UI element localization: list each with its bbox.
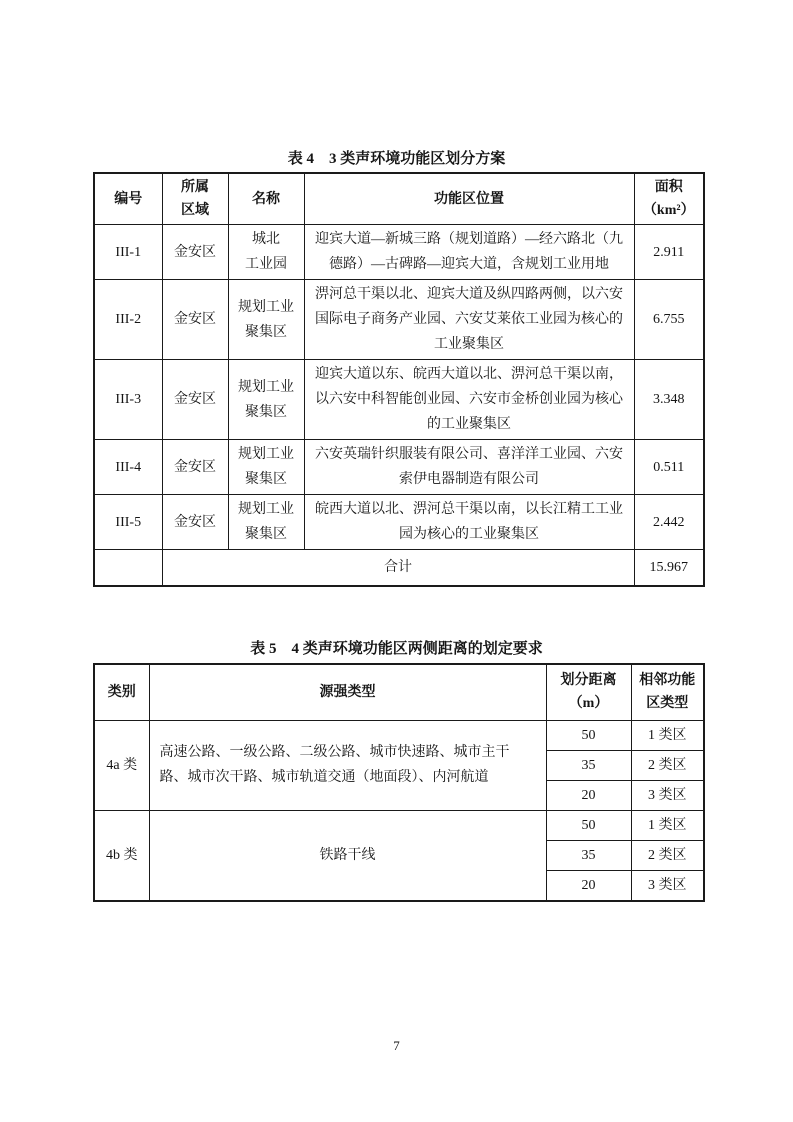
cell-region: 金安区 bbox=[162, 280, 228, 360]
cell-region: 金安区 bbox=[162, 440, 228, 495]
cell-zone-id: III-3 bbox=[94, 360, 162, 440]
cell-region: 金安区 bbox=[162, 225, 228, 280]
cell-zone-type: 2 类区 bbox=[631, 750, 704, 780]
cell-area: 2.442 bbox=[634, 495, 704, 550]
table4-title: 表 4 3 类声环境功能区划分方案 bbox=[0, 147, 793, 168]
table-row: 4a 类 高速公路、一级公路、二级公路、城市快速路、城市主干路、城市次干路、城市… bbox=[94, 720, 704, 750]
table4-header-row: 编号 所属 区域 名称 功能区位置 面积 （km²） bbox=[94, 173, 704, 225]
table5-title: 表 5 4 类声环境功能区两侧距离的划定要求 bbox=[0, 637, 793, 658]
table5-distance-requirements: 类别 源强类型 划分距离 （m） 相邻功能 区类型 4a 类 高速公路、一级公路… bbox=[93, 663, 705, 902]
cell-region: 金安区 bbox=[162, 495, 228, 550]
table4-header-name: 名称 bbox=[228, 173, 304, 225]
cell-zone-type: 3 类区 bbox=[631, 780, 704, 810]
cell-source-4a: 高速公路、一级公路、二级公路、城市快速路、城市主干路、城市次干路、城市轨道交通（… bbox=[149, 720, 546, 810]
cell-total-label: 合计 bbox=[162, 550, 634, 586]
cell-location: 皖西大道以北、淠河总干渠以南，以长江精工工业园为核心的工业聚集区 bbox=[304, 495, 634, 550]
cell-area: 3.348 bbox=[634, 360, 704, 440]
table5-header-adjacent: 相邻功能 区类型 bbox=[631, 664, 704, 720]
table-row: 4b 类 铁路干线 50 1 类区 bbox=[94, 810, 704, 840]
cell-zone-id: III-1 bbox=[94, 225, 162, 280]
cell-distance: 35 bbox=[546, 840, 631, 870]
cell-empty bbox=[94, 550, 162, 586]
table-row: III-1 金安区 城北 工业园 迎宾大道—新城三路（规划道路）—经六路北（九德… bbox=[94, 225, 704, 280]
table4-header-area: 面积 （km²） bbox=[634, 173, 704, 225]
table5-header-category: 类别 bbox=[94, 664, 149, 720]
cell-zone-id: III-4 bbox=[94, 440, 162, 495]
cell-location: 六安英瑞针织服装有限公司、喜洋洋工业园、六安索伊电器制造有限公司 bbox=[304, 440, 634, 495]
table-row: III-3 金安区 规划工业 聚集区 迎宾大道以东、皖西大道以北、淠河总干渠以南… bbox=[94, 360, 704, 440]
cell-distance: 20 bbox=[546, 870, 631, 901]
cell-zone-name: 规划工业 聚集区 bbox=[228, 495, 304, 550]
cell-distance: 50 bbox=[546, 720, 631, 750]
cell-zone-id: III-5 bbox=[94, 495, 162, 550]
table-row: III-2 金安区 规划工业 聚集区 淠河总干渠以北、迎宾大道及纵四路两侧，以六… bbox=[94, 280, 704, 360]
cell-zone-type: 3 类区 bbox=[631, 870, 704, 901]
cell-zone-id: III-2 bbox=[94, 280, 162, 360]
cell-distance: 50 bbox=[546, 810, 631, 840]
cell-location: 迎宾大道—新城三路（规划道路）—经六路北（九德路）—古碑路—迎宾大道，含规划工业… bbox=[304, 225, 634, 280]
cell-location: 迎宾大道以东、皖西大道以北、淠河总干渠以南，以六安中科智能创业园、六安市金桥创业… bbox=[304, 360, 634, 440]
cell-distance: 20 bbox=[546, 780, 631, 810]
cell-zone-type: 1 类区 bbox=[631, 720, 704, 750]
cell-zone-type: 1 类区 bbox=[631, 810, 704, 840]
cell-zone-name: 规划工业 聚集区 bbox=[228, 440, 304, 495]
cell-zone-name: 城北 工业园 bbox=[228, 225, 304, 280]
table4-total-row: 合计 15.967 bbox=[94, 550, 704, 586]
table-row: III-4 金安区 规划工业 聚集区 六安英瑞针织服装有限公司、喜洋洋工业园、六… bbox=[94, 440, 704, 495]
table4-header-location: 功能区位置 bbox=[304, 173, 634, 225]
cell-area: 6.755 bbox=[634, 280, 704, 360]
table5-header-distance: 划分距离 （m） bbox=[546, 664, 631, 720]
cell-category-4a: 4a 类 bbox=[94, 720, 149, 810]
page-number: 7 bbox=[0, 1038, 793, 1054]
cell-region: 金安区 bbox=[162, 360, 228, 440]
table4-header-id: 编号 bbox=[94, 173, 162, 225]
cell-category-4b: 4b 类 bbox=[94, 810, 149, 901]
cell-source-4b: 铁路干线 bbox=[149, 810, 546, 901]
table4-header-region: 所属 区域 bbox=[162, 173, 228, 225]
cell-zone-type: 2 类区 bbox=[631, 840, 704, 870]
cell-area: 2.911 bbox=[634, 225, 704, 280]
cell-area: 0.511 bbox=[634, 440, 704, 495]
table-row: III-5 金安区 规划工业 聚集区 皖西大道以北、淠河总干渠以南，以长江精工工… bbox=[94, 495, 704, 550]
table4-zone-division: 编号 所属 区域 名称 功能区位置 面积 （km²） III-1 金安区 城北 … bbox=[93, 172, 705, 587]
cell-zone-name: 规划工业 聚集区 bbox=[228, 360, 304, 440]
cell-location: 淠河总干渠以北、迎宾大道及纵四路两侧，以六安国际电子商务产业园、六安艾莱依工业园… bbox=[304, 280, 634, 360]
table5-header-row: 类别 源强类型 划分距离 （m） 相邻功能 区类型 bbox=[94, 664, 704, 720]
cell-zone-name: 规划工业 聚集区 bbox=[228, 280, 304, 360]
document-page: 表 4 3 类声环境功能区划分方案 编号 所属 区域 名称 功能区位置 面积 （… bbox=[0, 0, 793, 1122]
table5-header-source: 源强类型 bbox=[149, 664, 546, 720]
cell-distance: 35 bbox=[546, 750, 631, 780]
cell-total-area: 15.967 bbox=[634, 550, 704, 586]
